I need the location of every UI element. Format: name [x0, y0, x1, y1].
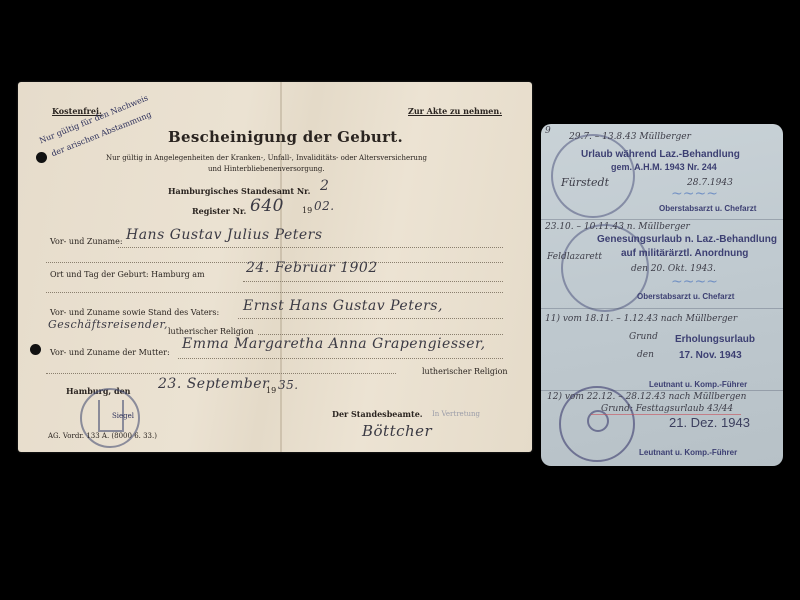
birth-label: Ort und Tag der Geburt: Hamburg am — [50, 270, 205, 279]
father-value: Ernst Hans Gustav Peters, — [243, 298, 443, 314]
registrar-label: Der Standesbeamte. — [332, 409, 423, 419]
issue-date: 23. September — [158, 376, 269, 392]
subtitle-line2: und Hinterbliebenenversorgung. — [208, 165, 325, 173]
section2-handwritten: 23.10. – 10.11.43 n. Müllberger — [545, 222, 690, 232]
certificate-title: Bescheinigung der Geburt. — [168, 128, 403, 146]
subtitle-line1: Nur gültig in Angelegenheiten der Kranke… — [106, 154, 427, 162]
section3-reason-label: Grund — [629, 332, 658, 342]
section4-stamp-date: 21. Dez. 1943 — [669, 415, 750, 430]
section4-reason: Grund: Festtagsurlaub 43/44 — [601, 404, 733, 414]
section1-officer-signature: ~~~~ — [671, 186, 718, 202]
name-value: Hans Gustav Julius Peters — [126, 227, 323, 243]
section2-stamp-title: Genesungsurlaub n. Laz.-Behandlung — [597, 234, 777, 245]
section1-stamp-sub: gem. A.H.M. 1943 Nr. 244 — [611, 162, 717, 172]
father-label: Vor- und Zuname sowie Stand des Vaters: — [50, 308, 219, 317]
section2-date: den 20. Okt. 1943. — [631, 264, 716, 274]
registry-office-label: Hamburgisches Standesamt Nr. — [168, 186, 310, 196]
punch-hole — [36, 152, 47, 163]
section4-officer-title: Leutnant u. Komp.-Führer — [639, 448, 737, 457]
register-number: 640 — [250, 196, 284, 216]
section2-officer-signature: ~~~~ — [671, 274, 718, 290]
seal-label: Siegel — [112, 412, 134, 420]
section1-signature: Fürstedt — [561, 176, 609, 189]
section3-stamp-date: 17. Nov. 1943 — [679, 350, 742, 361]
military-leave-card: 9 29.7. – 13.8.43 Müllberger Urlaub währ… — [541, 124, 783, 466]
punch-hole — [30, 344, 41, 355]
issue-year-suffix: 35. — [278, 378, 299, 392]
section2-stamp-sub: auf militärärztl. Anordnung — [621, 248, 748, 259]
register-year-prefix: 19 — [302, 206, 312, 215]
register-label: Register Nr. — [192, 206, 246, 216]
mother-label: Vor- und Zuname der Mutter: — [50, 348, 170, 357]
section3-date-prefix: den — [637, 350, 654, 360]
mother-value: Emma Margaretha Anna Grapengiesser, — [182, 336, 486, 352]
form-number: AG. Vordr. 133 A. (8000 6. 33.) — [48, 432, 157, 440]
mother-religion: lutherischer Religion — [422, 367, 508, 376]
name-label: Vor- und Zuname: — [50, 237, 123, 246]
page-number: 9 — [545, 126, 551, 136]
birth-certificate: Kostenfrei. Zur Akte zu nehmen. Nur gült… — [18, 82, 532, 452]
registry-office-number: 2 — [320, 178, 329, 194]
registrar-deputy-stamp: In Vertretung — [432, 410, 480, 418]
register-year-suffix: 02. — [314, 199, 335, 213]
section4-handwritten: 12) vom 22.12. – 28.12.43 nach Müllberge… — [547, 392, 746, 402]
section2-signature: Feldlazarett — [547, 252, 602, 262]
section3-officer-title: Leutnant u. Komp.-Führer — [649, 380, 747, 389]
section1-officer-title: Oberstabsarzt u. Chefarzt — [659, 204, 756, 213]
issue-year-prefix: 19 — [266, 386, 276, 395]
father-occupation: Geschäftsreisender, — [48, 318, 168, 331]
section1-handwritten: 29.7. – 13.8.43 Müllberger — [569, 132, 691, 142]
section3-handwritten: 11) vom 18.11. – 1.12.43 nach Müllberger — [545, 314, 737, 324]
section3-stamp-title: Erholungsurlaub — [675, 334, 755, 345]
birth-value: 24. Februar 1902 — [246, 260, 378, 276]
file-note-label: Zur Akte zu nehmen. — [408, 106, 502, 116]
father-religion: lutherischer Religion — [168, 327, 254, 336]
registrar-signature: Böttcher — [362, 422, 432, 440]
section1-stamp-title: Urlaub während Laz.-Behandlung — [581, 149, 740, 160]
section2-officer-title: Oberstabsarzt u. Chefarzt — [637, 292, 734, 301]
